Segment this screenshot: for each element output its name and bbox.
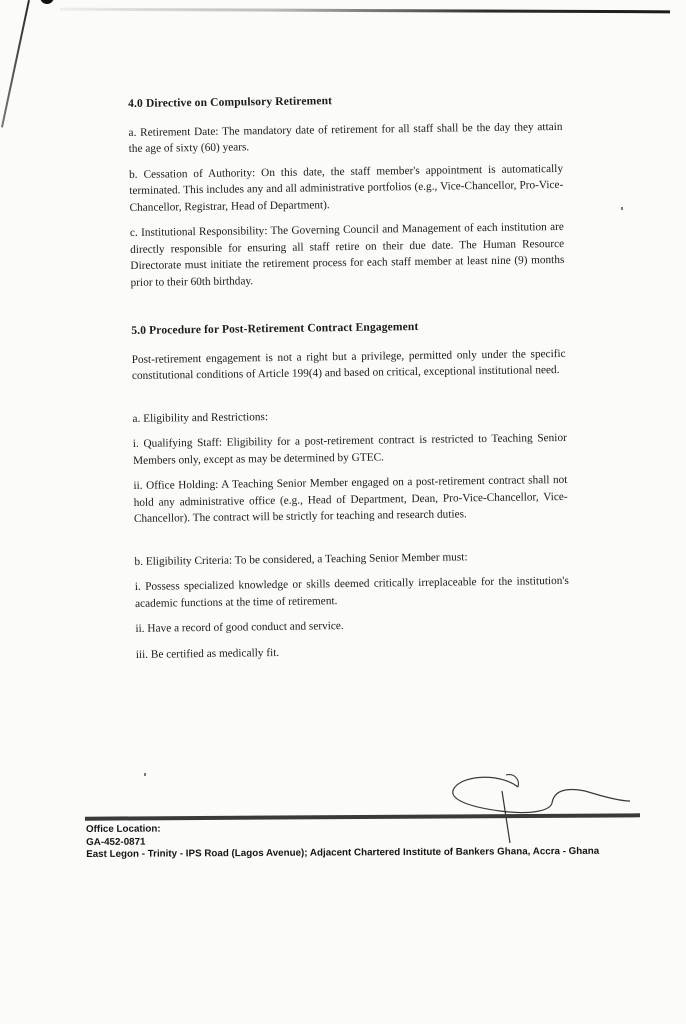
section-5-intro: Post-retirement engagement is not a righ… [132, 345, 566, 384]
subsection-a-item-ii: ii. Office Holding: A Teaching Senior Me… [133, 472, 568, 528]
header-rule [60, 8, 670, 14]
section-4-item-a: a. Retirement Date: The mandatory date o… [128, 118, 562, 157]
section-4-heading: 4.0 Directive on Compulsory Retirement [128, 90, 562, 113]
subsection-b-item-iii: iii. Be certified as medically fit. [136, 640, 570, 663]
page-corner-shadow [40, 0, 54, 4]
page-edge-line [1, 0, 30, 128]
subsection-a-heading: a. Eligibility and Restrictions: [132, 404, 566, 427]
section-4-item-b: b. Cessation of Authority: On this date,… [129, 160, 564, 216]
subsection-b-heading: b. Eligibility Criteria: To be considere… [134, 547, 568, 570]
section-4-item-c: c. Institutional Responsibility: The Gov… [130, 219, 565, 291]
scan-speck [144, 773, 146, 776]
subsection-b-item-i: i. Possess specialized knowledge or skil… [135, 573, 569, 612]
scan-speck [621, 207, 623, 210]
document-body: 4.0 Directive on Compulsory Retirement a… [128, 90, 570, 672]
subsection-a-item-i: i. Qualifying Staff: Eligibility for a p… [133, 430, 567, 469]
subsection-b-item-ii: ii. Have a record of good conduct and se… [135, 615, 569, 638]
section-5-heading: 5.0 Procedure for Post-Retirement Contra… [131, 317, 565, 340]
footer: Office Location: GA-452-0871 East Legon … [86, 821, 646, 862]
office-address: East Legon - Trinity - IPS Road (Lagos A… [86, 846, 646, 862]
